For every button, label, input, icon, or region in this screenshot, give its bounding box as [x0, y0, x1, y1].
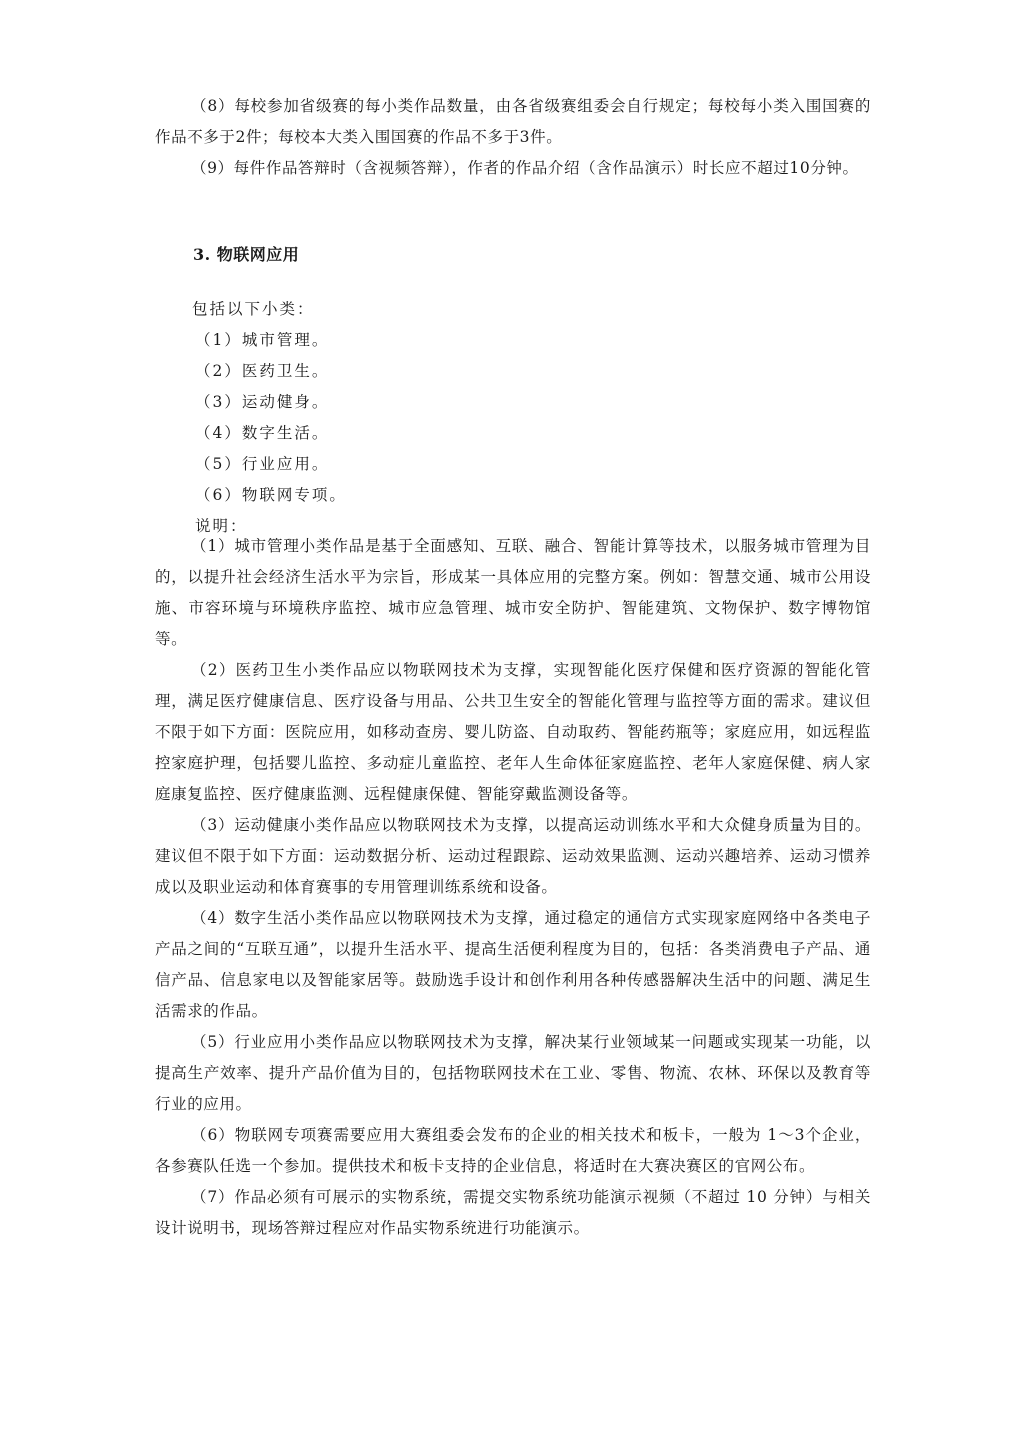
- note-paragraph: （2）医药卫生小类作品应以物联网技术为支撑，实现智能化医疗保健和医疗资源的智能化…: [155, 655, 871, 810]
- category-list: 包括以下小类： （1）城市管理。 （2）医药卫生。 （3）运动健身。 （4）数字…: [195, 294, 347, 542]
- rule-8-paragraph: （8）每校参加省级赛的每小类作品数量，由各省级赛组委会自行规定；每校每小类入围国…: [155, 91, 871, 153]
- category-item: （1）城市管理。: [195, 325, 347, 356]
- category-item: （3）运动健身。: [195, 387, 347, 418]
- category-item: （2）医药卫生。: [195, 356, 347, 387]
- category-item: （4）数字生活。: [195, 418, 347, 449]
- note-paragraph: （5）行业应用小类作品应以物联网技术为支撑，解决某行业领域某一问题或实现某一功能…: [155, 1027, 871, 1120]
- note-paragraph: （1）城市管理小类作品是基于全面感知、互联、融合、智能计算等技术，以服务城市管理…: [155, 531, 871, 655]
- notes-section: （1）城市管理小类作品是基于全面感知、互联、融合、智能计算等技术，以服务城市管理…: [155, 531, 871, 1244]
- note-paragraph: （6）物联网专项赛需要应用大赛组委会发布的企业的相关技术和板卡，一般为 1～3个…: [155, 1120, 871, 1182]
- top-rules: （8）每校参加省级赛的每小类作品数量，由各省级赛组委会自行规定；每校每小类入围国…: [155, 91, 871, 184]
- note-paragraph: （7）作品必须有可展示的实物系统，需提交实物系统功能演示视频（不超过 10 分钟…: [155, 1182, 871, 1244]
- note-paragraph: （4）数字生活小类作品应以物联网技术为支撑，通过稳定的通信方式实现家庭网络中各类…: [155, 903, 871, 1027]
- rule-9-paragraph: （9）每件作品答辩时（含视频答辩），作者的作品介绍（含作品演示）时长应不超过10…: [155, 153, 871, 184]
- section-heading: 3. 物联网应用: [193, 242, 299, 265]
- categories-intro: 包括以下小类：: [192, 294, 347, 325]
- category-item: （5）行业应用。: [195, 449, 347, 480]
- note-paragraph: （3）运动健康小类作品应以物联网技术为支撑，以提高运动训练水平和大众健身质量为目…: [155, 810, 871, 903]
- category-item: （6）物联网专项。: [195, 480, 347, 511]
